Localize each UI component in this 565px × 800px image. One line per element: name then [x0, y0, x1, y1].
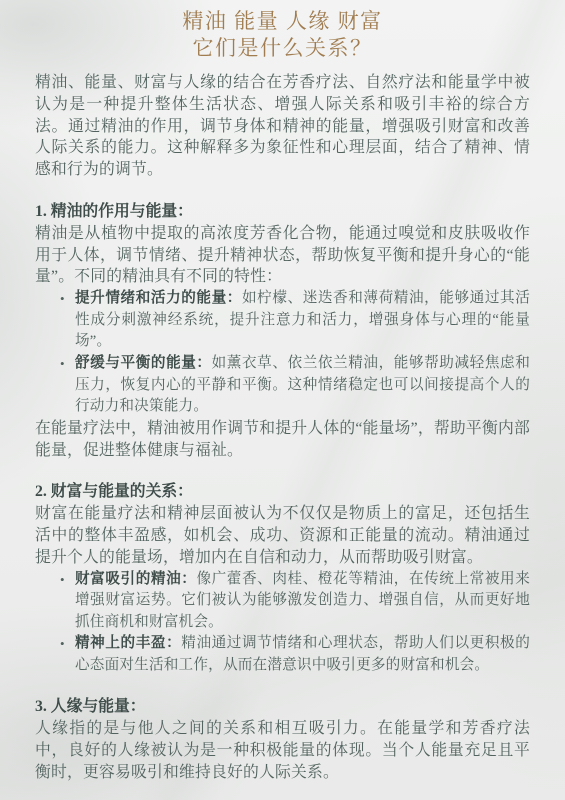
bullet-lead: 提升情绪和活力的能量： — [75, 290, 242, 306]
section-essential-oils-energy: 1. 精油的作用与能量： 精油是从植物中提取的高浓度芳香化合物，能通过嗅觉和皮肤… — [35, 201, 530, 461]
section-1-closing-paragraph: 在能量疗法中，精油被用作调节和提升人体的“能量场”，帮助平衡内部能量，促进整体健… — [35, 418, 530, 462]
section-relationships-energy: 3. 人缘与能量： 人缘指的是与他人之间的关系和相互吸引力。在能量学和芳香疗法中… — [35, 696, 530, 783]
bullet-item: •财富吸引的精油：像广藿香、肉桂、橙花等精油，在传统上常被用来增强财富运势。它们… — [35, 569, 530, 634]
section-2-heading: 2. 财富与能量的关系： — [35, 481, 530, 503]
bullet-marker: • — [60, 569, 65, 591]
bullet-marker: • — [60, 633, 65, 655]
bullet-marker: • — [60, 288, 65, 310]
title-line-2: 它们是什么关系？ — [35, 35, 530, 62]
intro-paragraph: 精油、能量、财富与人缘的结合在芳香疗法、自然疗法和能量学中被认为是一种提升整体生… — [35, 72, 530, 181]
bullet-item: •提升情绪和活力的能量：如柠檬、迷迭香和薄荷精油，能够通过其活性成分刺激神经系统… — [35, 288, 530, 353]
section-2-bullet-list: •财富吸引的精油：像广藿香、肉桂、橙花等精油，在传统上常被用来增强财富运势。它们… — [35, 569, 530, 677]
title-line-1: 精油 能量 人缘 财富 — [35, 8, 530, 35]
bullet-lead: 舒缓与平衡的能量： — [75, 355, 212, 371]
bullet-marker: • — [60, 353, 65, 375]
section-wealth-energy: 2. 财富与能量的关系： 财富在能量疗法和精神层面被认为不仅仅是物质上的富足，还… — [35, 481, 530, 676]
bullet-lead: 财富吸引的精油： — [75, 571, 196, 587]
page-title: 精油 能量 人缘 财富 它们是什么关系？ — [35, 8, 530, 62]
bullet-item: •精神上的丰盈：精油通过调节情绪和心理状态，帮助人们以更积极的心态面对生活和工作… — [35, 633, 530, 676]
section-1-bullet-list: •提升情绪和活力的能量：如柠檬、迷迭香和薄荷精油，能够通过其活性成分刺激神经系统… — [35, 288, 530, 418]
section-2-paragraph: 财富在能量疗法和精神层面被认为不仅仅是物质上的富足，还包括生活中的整体丰盈感，如… — [35, 503, 530, 568]
section-3-paragraph: 人缘指的是与他人之间的关系和相互吸引力。在能量学和芳香疗法中，良好的人缘被认为是… — [35, 718, 530, 783]
document-page: 精油 能量 人缘 财富 它们是什么关系？ 精油、能量、财富与人缘的结合在芳香疗法… — [0, 0, 565, 800]
bullet-item: •舒缓与平衡的能量：如薰衣草、依兰依兰精油，能够帮助减轻焦虑和压力，恢复内心的平… — [35, 353, 530, 418]
bullet-lead: 精神上的丰盈： — [75, 635, 181, 651]
section-1-heading: 1. 精油的作用与能量： — [35, 201, 530, 223]
section-3-heading: 3. 人缘与能量： — [35, 696, 530, 718]
section-1-paragraph: 精油是从植物中提取的高浓度芳香化合物，能通过嗅觉和皮肤吸收作用于人体，调节情绪、… — [35, 223, 530, 288]
